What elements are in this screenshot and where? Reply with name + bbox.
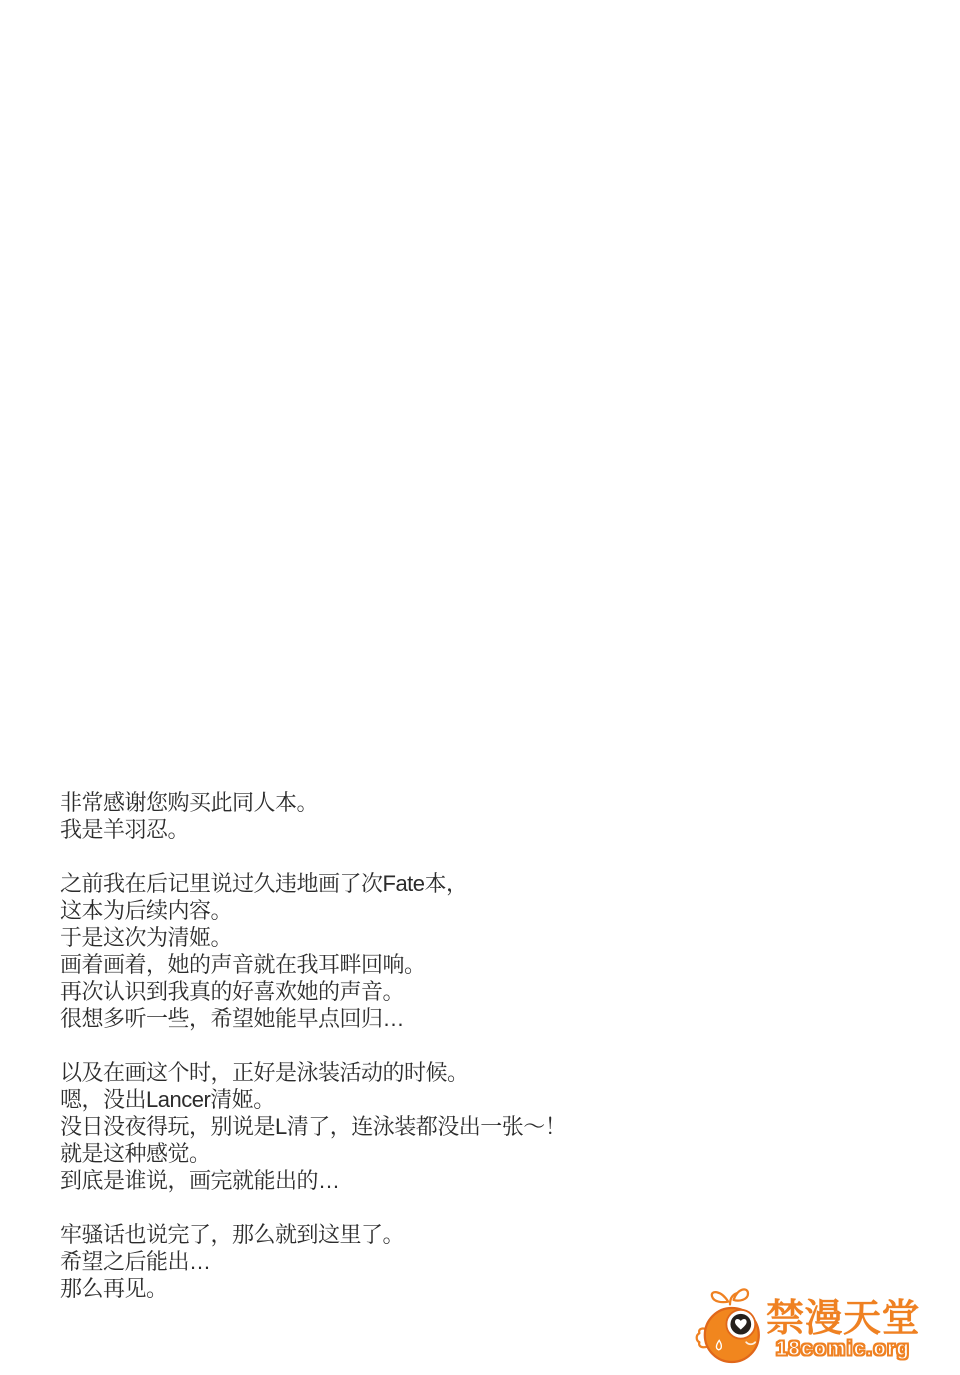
text-line: 牢骚话也说完了，那么就到这里了。 (60, 1221, 566, 1248)
text-line: 就是这种感觉。 (60, 1140, 566, 1167)
afterword-paragraph: 以及在画这个时，正好是泳装活动的时候。嗯，没出Lancer清姬。没日没夜得玩，别… (60, 1059, 566, 1194)
text-line: 到底是谁说，画完就能出的… (60, 1167, 566, 1194)
text-line: 之前我在后记里说过久违地画了次Fate本， (60, 870, 566, 897)
afterword-paragraph: 牢骚话也说完了，那么就到这里了。希望之后能出…那么再见。 (60, 1221, 566, 1302)
text-line: 很想多听一些，希望她能早点回归… (60, 1005, 566, 1032)
afterword-paragraph: 非常感谢您购买此同人本。我是羊羽忍。 (60, 789, 566, 843)
site-url: 18comic.org (766, 1338, 920, 1361)
text-line: 希望之后能出… (60, 1248, 566, 1275)
site-name: 禁漫天堂 (766, 1298, 920, 1340)
watermark-text: 禁漫天堂 18comic.org (766, 1298, 920, 1361)
afterword-page: 非常感谢您购买此同人本。我是羊羽忍。之前我在后记里说过久违地画了次Fate本，这… (0, 0, 960, 1375)
text-line: 没日没夜得玩，别说是L清了，连泳装都没出一张～！ (60, 1113, 566, 1140)
site-watermark: 禁漫天堂 18comic.org (694, 1280, 920, 1372)
afterword-paragraph: 之前我在后记里说过久违地画了次Fate本，这本为后续内容。于是这次为清姬。画着画… (60, 870, 566, 1032)
orange-whale-mascot-icon (694, 1280, 766, 1372)
text-line: 这本为后续内容。 (60, 897, 566, 924)
text-line: 画着画着，她的声音就在我耳畔回响。 (60, 951, 566, 978)
text-line: 再次认识到我真的好喜欢她的声音。 (60, 978, 566, 1005)
afterword-text: 非常感谢您购买此同人本。我是羊羽忍。之前我在后记里说过久违地画了次Fate本，这… (60, 789, 566, 1302)
text-line: 我是羊羽忍。 (60, 816, 566, 843)
text-line: 嗯，没出Lancer清姬。 (60, 1086, 566, 1113)
text-line: 于是这次为清姬。 (60, 924, 566, 951)
text-line: 以及在画这个时，正好是泳装活动的时候。 (60, 1059, 566, 1086)
text-line: 那么再见。 (60, 1275, 566, 1302)
text-line: 非常感谢您购买此同人本。 (60, 789, 566, 816)
